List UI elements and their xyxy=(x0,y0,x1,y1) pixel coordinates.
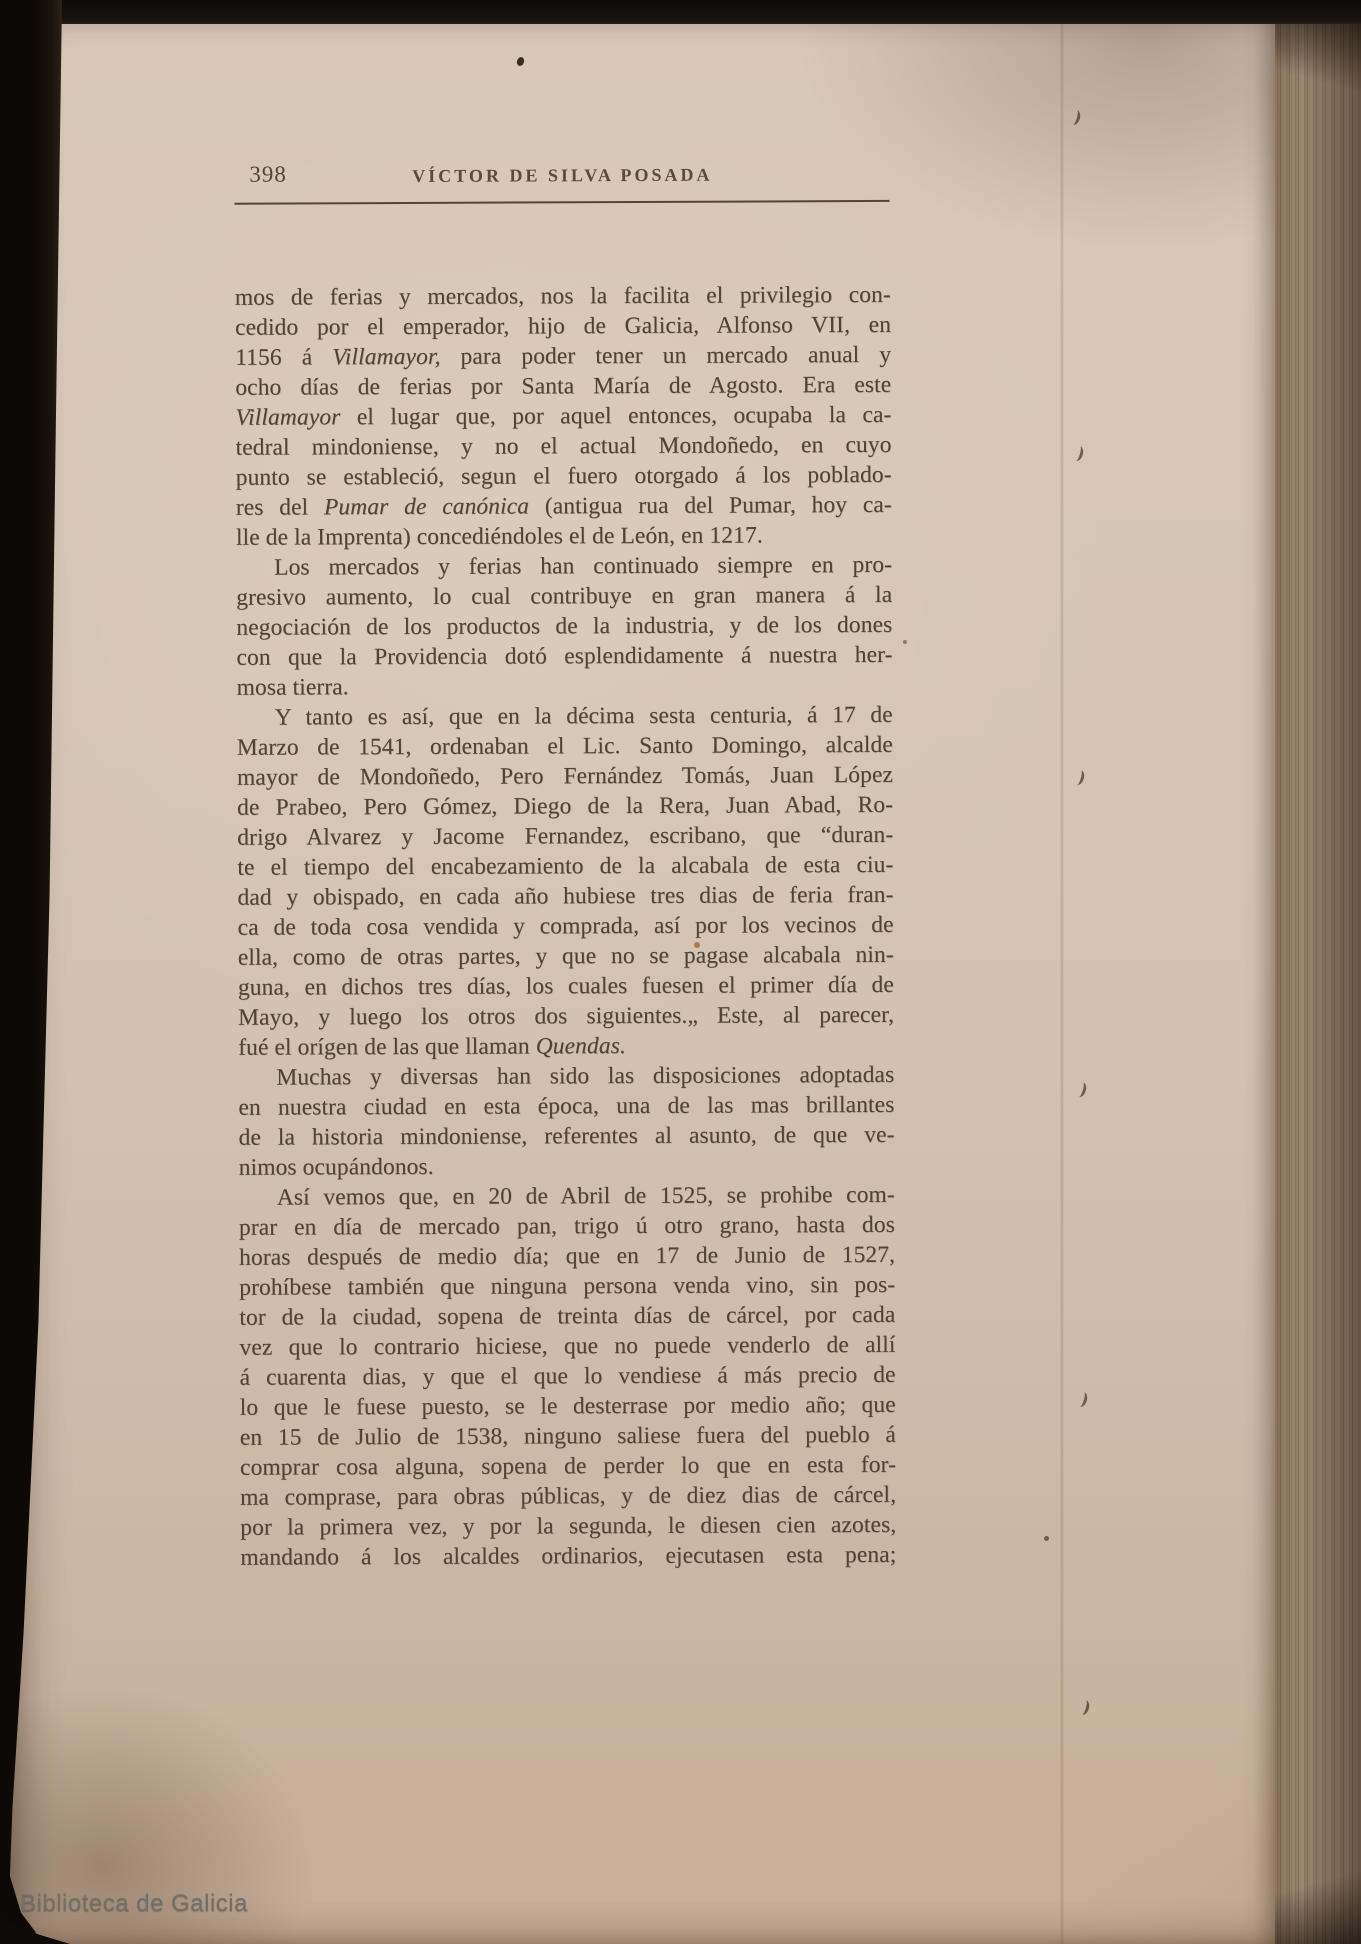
text-line: Mayo, y luego los otros dos siguientes.„… xyxy=(238,1000,894,1033)
text-line: prohíbese también que ninguna persona ve… xyxy=(239,1270,895,1303)
text-line: drigo Alvarez y Jacome Fernandez, escrib… xyxy=(237,820,893,853)
text-line: ocho días de ferias por Santa María de A… xyxy=(235,370,891,403)
scan-speck xyxy=(694,942,700,948)
text-line: Así vemos que, en 20 de Abril de 1525, s… xyxy=(239,1180,895,1213)
text-line: comprar cosa alguna, sopena de perder lo… xyxy=(240,1450,896,1483)
text-line: dad y obispado, en cada año hubiese tres… xyxy=(237,880,893,913)
text-line: Marzo de 1541, ordenaban el Lic. Santo D… xyxy=(237,730,893,763)
header-rule xyxy=(234,200,889,205)
text-line: Muchas y diversas han sido las disposici… xyxy=(238,1060,894,1093)
text-line: mosa tierra. xyxy=(237,670,893,703)
book-fore-edge xyxy=(1275,0,1361,1944)
text-line: de Prabeo, Pero Gómez, Diego de la Rera,… xyxy=(237,790,893,823)
scan-edge-top xyxy=(0,0,1361,24)
text-line: de la historia mindoniense, referentes a… xyxy=(239,1120,895,1153)
paper-surface: 398 VÍCTOR DE SILVA POSADA mos de ferias… xyxy=(0,0,1275,1944)
text-line: vez que lo contrario hiciese, que no pue… xyxy=(239,1330,895,1363)
text-line: Y tanto es así, que en la décima sesta c… xyxy=(237,700,893,733)
text-line: tedral mindoniense, y no el actual Mondo… xyxy=(235,430,891,463)
scanned-book-page: 398 VÍCTOR DE SILVA POSADA mos de ferias… xyxy=(0,0,1361,1944)
text-line: ma comprase, para obras públicas, y de d… xyxy=(240,1480,896,1513)
printed-content: 398 VÍCTOR DE SILVA POSADA mos de ferias… xyxy=(0,0,1280,1944)
text-line: lo que le fuese puesto, se le desterrase… xyxy=(240,1390,896,1423)
text-line: Villamayor el lugar que, por aquel enton… xyxy=(235,400,891,433)
text-line: en 15 de Julio de 1538, ninguno saliese … xyxy=(240,1420,896,1453)
text-line: te el tiempo del encabezamiento de la al… xyxy=(237,850,893,883)
text-line: punto se estableció, segun el fuero otor… xyxy=(236,460,892,493)
text-line: guna, en dichos tres días, los cuales fu… xyxy=(238,970,894,1003)
text-line: Los mercados y ferias han continuado sie… xyxy=(236,550,892,583)
text-line: negociación de los productos de la indus… xyxy=(236,610,892,643)
scan-speck xyxy=(1044,1536,1049,1541)
text-line: por la primera vez, y por la segunda, le… xyxy=(240,1510,896,1543)
text-line: lle de la Imprenta) concediéndoles el de… xyxy=(236,520,892,553)
text-line: cedido por el emperador, hijo de Galicia… xyxy=(235,310,891,343)
library-watermark: Biblioteca de Galicia xyxy=(20,1890,248,1918)
scan-speck xyxy=(903,640,907,644)
text-line: fué el orígen de las que llaman Quendas. xyxy=(238,1030,894,1063)
text-line: ella, como de otras partes, y que no se … xyxy=(238,940,894,973)
text-line: ca de toda cosa vendida y comprada, así … xyxy=(238,910,894,943)
text-line: tor de la ciudad, sopena de treinta días… xyxy=(239,1300,895,1333)
text-line: 1156 á Villamayor, para poder tener un m… xyxy=(235,340,891,373)
text-line: res del Pumar de canónica (antigua rua d… xyxy=(236,490,892,523)
text-line: mos de ferias y mercados, nos la facilit… xyxy=(235,280,891,313)
text-line: con que la Providencia dotó esplendidame… xyxy=(236,640,892,673)
text-line: horas después de medio día; que en 17 de… xyxy=(239,1240,895,1273)
text-line: mandando á los alcaldes ordinarios, ejec… xyxy=(240,1540,896,1573)
text-line: prar en día de mercado pan, trigo ú otro… xyxy=(239,1210,895,1243)
page-crease xyxy=(1060,0,1064,1944)
text-line: gresivo aumento, lo cual contribuye en g… xyxy=(236,580,892,613)
text-line: nimos ocupándonos. xyxy=(239,1150,895,1183)
running-header: VÍCTOR DE SILVA POSADA xyxy=(234,164,890,188)
text-line: en nuestra ciudad en esta época, una de … xyxy=(238,1090,894,1123)
text-line: á cuarenta dias, y que el que lo vendies… xyxy=(240,1360,896,1393)
body-text: mos de ferias y mercados, nos la facilit… xyxy=(235,280,897,1573)
text-line: mayor de Mondoñedo, Pero Fernández Tomás… xyxy=(237,760,893,793)
